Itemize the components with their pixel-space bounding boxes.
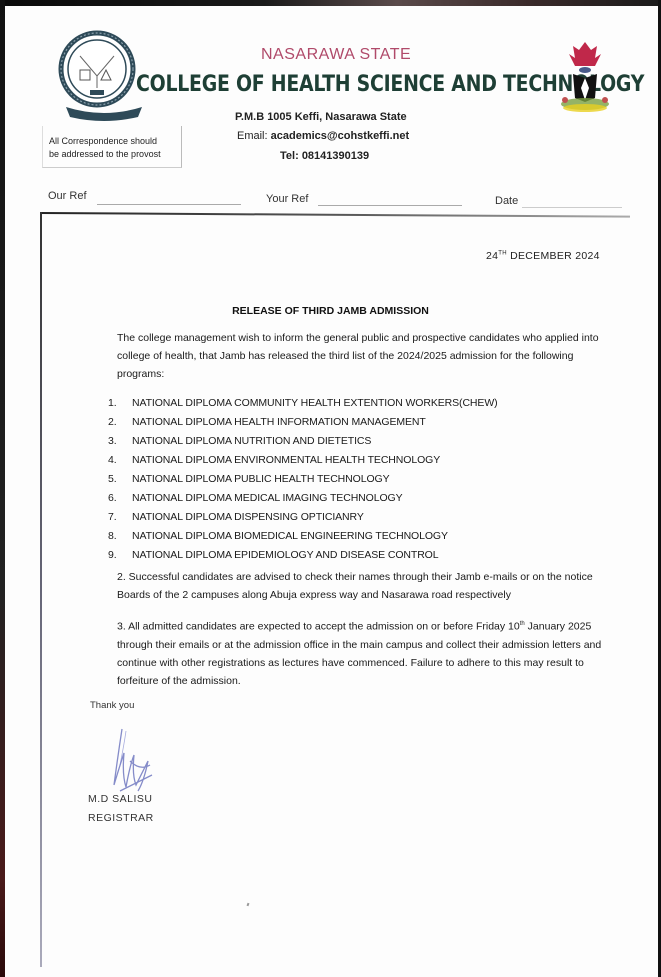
program-number: 6. [108, 489, 132, 508]
closing: Thank you [90, 700, 134, 711]
date-label: Date [495, 195, 518, 207]
paper-speck [247, 903, 250, 907]
coat-of-arms-icon [555, 40, 615, 115]
email-label: Email: [237, 130, 268, 142]
program-item: 4.NATIONAL DIPLOMA ENVIRONMENTAL HEALTH … [108, 451, 568, 470]
program-list: 1.NATIONAL DIPLOMA COMMUNITY HEALTH EXTE… [108, 394, 568, 565]
signatory-name: M.D SALISU [88, 793, 153, 805]
date-day: 24 [486, 250, 498, 262]
program-item: 8.NATIONAL DIPLOMA BIOMEDICAL ENGINEERIN… [108, 527, 568, 546]
program-item: 7.NATIONAL DIPLOMA DISPENSING OPTICIANRY [108, 508, 568, 527]
program-item: 6.NATIONAL DIPLOMA MEDICAL IMAGING TECHN… [108, 489, 568, 508]
letter-date: 24TH DECEMBER 2024 [486, 250, 600, 262]
college-name: COLLEGE OF HEALTH SCIENCE AND TECHNOLOGY [136, 72, 497, 97]
program-number: 1. [108, 394, 132, 413]
email-line: Email: academics@cohstkeffi.net [237, 130, 409, 142]
frame-border-top [40, 212, 630, 218]
program-name: NATIONAL DIPLOMA PUBLIC HEALTH TECHNOLOG… [132, 470, 390, 489]
signature-icon [100, 725, 160, 800]
program-name: NATIONAL DIPLOMA ENVIRONMENTAL HEALTH TE… [132, 451, 440, 470]
program-item: 5.NATIONAL DIPLOMA PUBLIC HEALTH TECHNOL… [108, 470, 568, 489]
intro-paragraph: The college management wish to inform th… [117, 329, 617, 383]
program-item: 3.NATIONAL DIPLOMA NUTRITION AND DIETETI… [108, 432, 568, 451]
college-crest-icon [58, 30, 136, 108]
program-item: 1.NATIONAL DIPLOMA COMMUNITY HEALTH EXTE… [108, 394, 568, 413]
program-name: NATIONAL DIPLOMA BIOMEDICAL ENGINEERING … [132, 527, 448, 546]
date-month-year: DECEMBER 2024 [507, 250, 600, 262]
date-field [522, 207, 622, 208]
program-name: NATIONAL DIPLOMA NUTRITION AND DIETETICS [132, 432, 371, 451]
letter-content: All Correspondence should be addressed t… [0, 0, 653, 971]
program-name: NATIONAL DIPLOMA COMMUNITY HEALTH EXTENT… [132, 394, 498, 413]
letter-title: RELEASE OF THIRD JAMB ADMISSION [0, 305, 661, 317]
program-number: 5. [108, 470, 132, 489]
email-address: academics@cohstkeffi.net [271, 130, 410, 142]
program-item: 2.NATIONAL DIPLOMA HEALTH INFORMATION MA… [108, 413, 568, 432]
your-ref-field [318, 205, 462, 206]
correspondence-note-line2: be addressed to the provost [49, 148, 181, 161]
program-number: 7. [108, 508, 132, 527]
program-number: 8. [108, 527, 132, 546]
program-number: 4. [108, 451, 132, 470]
tel-number: 08141390139 [302, 150, 369, 162]
paragraph-2: 2. Successful candidates are advised to … [117, 568, 617, 604]
tel-label: Tel: [280, 150, 299, 162]
postal-address: P.M.B 1005 Keffi, Nasarawa State [235, 111, 407, 123]
frame-border-left [40, 212, 42, 967]
letter-page: All Correspondence should be addressed t… [5, 6, 658, 977]
our-ref-field [97, 204, 241, 205]
program-item: 9.NATIONAL DIPLOMA EPIDEMIOLOGY AND DISE… [108, 546, 568, 565]
program-name: NATIONAL DIPLOMA HEALTH INFORMATION MANA… [132, 413, 426, 432]
crest-banner-icon [64, 103, 144, 121]
correspondence-note: All Correspondence should be addressed t… [42, 126, 182, 168]
program-name: NATIONAL DIPLOMA MEDICAL IMAGING TECHNOL… [132, 489, 403, 508]
telephone-line: Tel: 08141390139 [280, 150, 369, 162]
program-number: 2. [108, 413, 132, 432]
program-number: 3. [108, 432, 132, 451]
program-name: NATIONAL DIPLOMA DISPENSING OPTICIANRY [132, 508, 364, 527]
program-name: NATIONAL DIPLOMA EPIDEMIOLOGY AND DISEAS… [132, 546, 438, 565]
your-ref-label: Your Ref [266, 193, 308, 205]
our-ref-label: Our Ref [48, 190, 87, 202]
date-suffix: TH [498, 251, 507, 257]
program-number: 9. [108, 546, 132, 565]
signatory-title: REGISTRAR [88, 812, 154, 824]
state-name: NASARAWA STATE [261, 46, 421, 64]
paragraph-3: 3. All admitted candidates are expected … [117, 615, 617, 690]
paragraph-3-start: 3. All admitted candidates are expected … [117, 621, 520, 633]
correspondence-note-line1: All Correspondence should [49, 135, 181, 148]
